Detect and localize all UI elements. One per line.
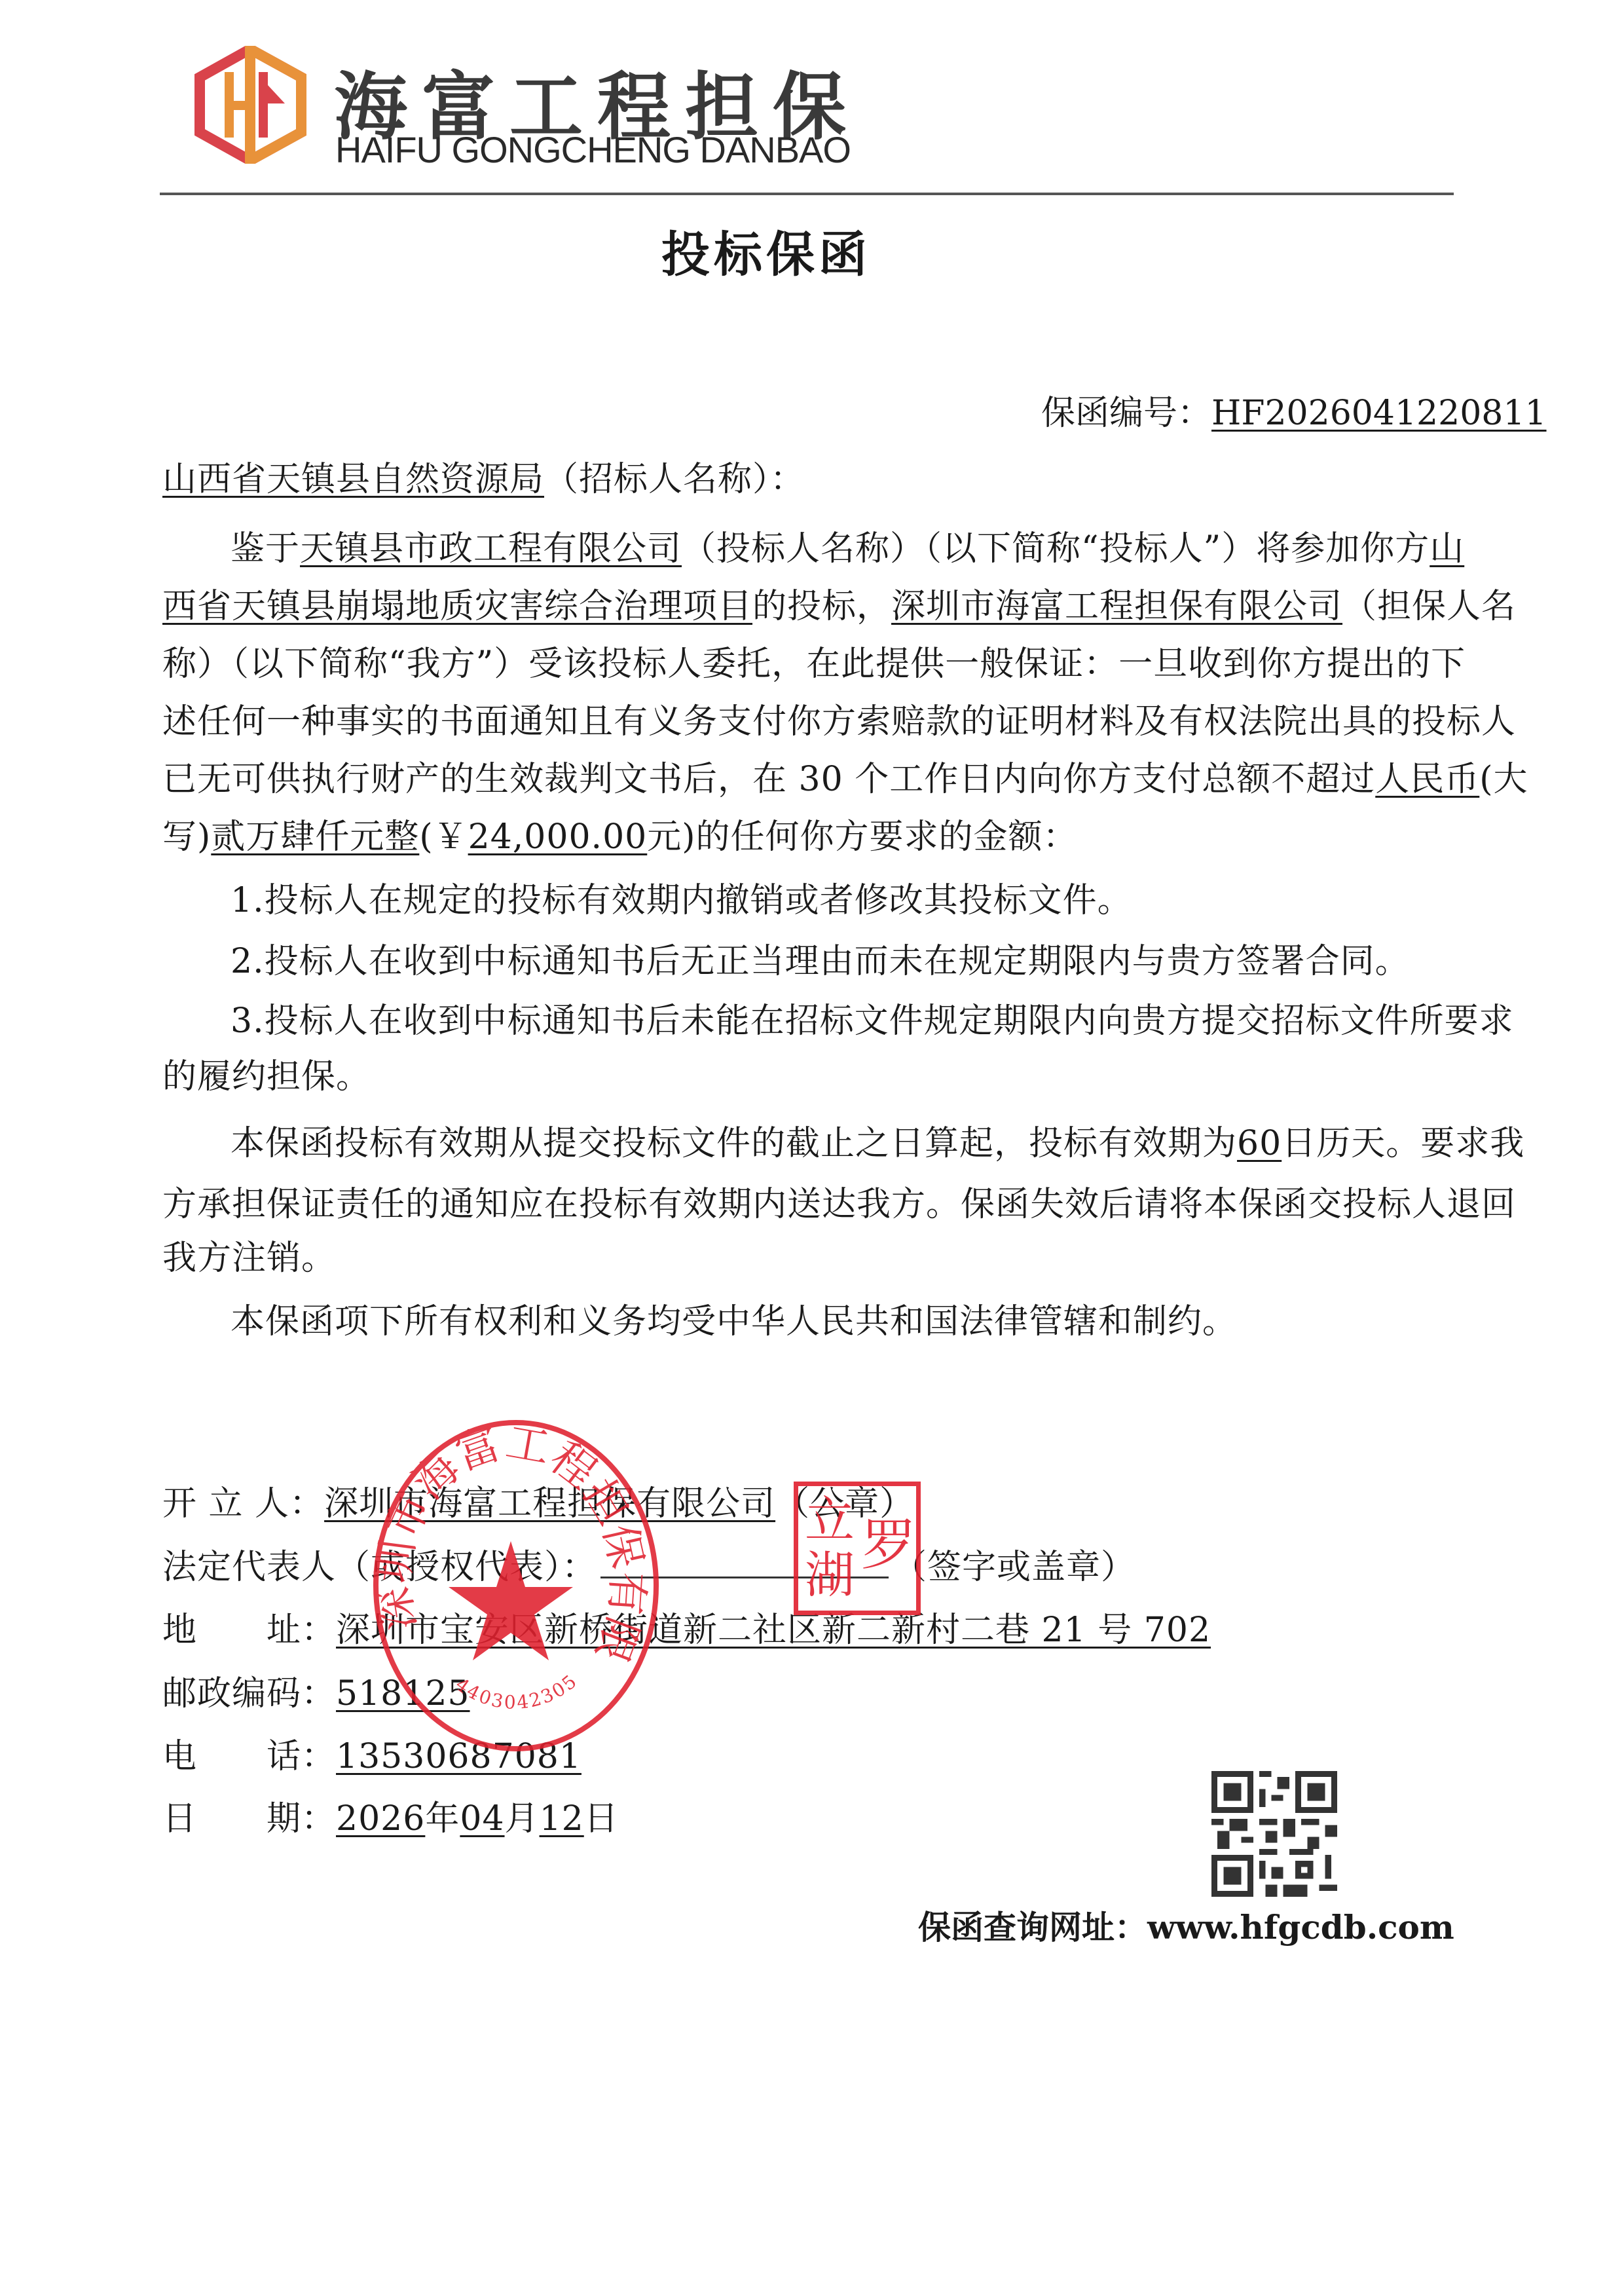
text: 元)的任何你方要求的金额：	[647, 817, 1077, 857]
text: (￥	[419, 817, 468, 857]
text: 本保函投标有效期从提交投标文件的截止之日算起，投标有效期为	[231, 1124, 1237, 1163]
qr-code-icon	[1211, 1771, 1337, 1897]
amount-in-words: 贰万肆仟元整	[211, 817, 419, 857]
text: 月	[505, 1799, 540, 1838]
text: （担保人名	[1342, 587, 1516, 626]
condition-item-3-line1: 3.投标人在收到中标通知书后未能在招标文件规定期限内向贵方提交招标文件所要求	[231, 1001, 1514, 1041]
project-name-part2: 西省天镇县崩塌地质灾害综合治理项目	[162, 587, 752, 626]
representative-suffix: （签字或盖章）	[893, 1548, 1135, 1587]
hf-logo-icon	[193, 46, 308, 164]
query-url-label: 保函查询网址：	[918, 1908, 1147, 1947]
document-title: 投标保函	[661, 216, 871, 286]
logo-english-name: HAIFU GONGCHENG DANBAO	[335, 128, 851, 171]
seal-char-luo: 罗	[861, 1499, 916, 1591]
condition-item-2: 2.投标人在收到中标通知书后无正当理由而未在规定期限内与贵方签署合同。	[231, 942, 1410, 981]
text: 的投标，	[752, 587, 891, 626]
para1-line3: 称）（以下简称“我方”）受该投标人委托，在此提供一般保证：一旦收到你方提出的下	[162, 644, 1466, 684]
para3: 本保函项下所有权利和义务均受中华人民共和国法律管辖和制约。	[231, 1302, 1237, 1341]
para1-line5: 已无可供执行财产的生效裁判文书后，在 30 个工作日内向你方支付总额不超过人民币…	[162, 760, 1528, 799]
para1-line6: 写)贰万肆仟元整(￥24,000.00元)的任何你方要求的金额：	[162, 817, 1078, 857]
qr-code[interactable]	[1211, 1771, 1337, 1897]
text: 年	[425, 1799, 460, 1838]
date-month: 04	[460, 1799, 504, 1838]
currency: 人民币	[1375, 760, 1479, 799]
text: 日	[584, 1799, 619, 1838]
query-url-link[interactable]: www.hfgcdb.com	[1147, 1908, 1454, 1947]
para2-line3: 我方注销。	[162, 1239, 336, 1278]
date-row: 日 期：2026年04月12日	[162, 1799, 619, 1838]
date-label: 日 期：	[162, 1799, 336, 1838]
para1-line2: 西省天镇县崩塌地质灾害综合治理项目的投标，深圳市海富工程担保有限公司（担保人名	[162, 587, 1516, 626]
date-year: 2026	[336, 1799, 425, 1838]
amount-figure: 24,000.00	[468, 817, 648, 857]
representative-seal: 罗 立 湖	[794, 1482, 921, 1615]
address-label: 地 址：	[162, 1611, 336, 1650]
postcode-label: 邮政编码：	[162, 1674, 336, 1713]
addressee-suffix: （招标人名称）：	[544, 460, 805, 499]
para2-line1: 本保函投标有效期从提交投标文件的截止之日算起，投标有效期为60日历天。要求我	[231, 1124, 1524, 1163]
guarantee-number: 保函编号：HF2026041220811	[1041, 385, 1547, 434]
para1-line1: 鉴于天镇县市政工程有限公司（投标人名称）（以下简称“投标人”）将参加你方山	[231, 529, 1464, 569]
seal-char-hu: 湖	[805, 1549, 855, 1601]
text: 写)	[162, 817, 211, 857]
seal-char-li: 立	[805, 1494, 855, 1546]
para1-line4: 述任何一种事实的书面通知且有义务支付你方索赔款的证明材料及有权法院出具的投标人	[162, 702, 1516, 741]
query-url-row: 保函查询网址：www.hfgcdb.com	[918, 1901, 1454, 1949]
text: 日历天。要求我	[1282, 1124, 1524, 1163]
addressee: 山西省天镇县自然资源局（招标人名称）：	[162, 460, 805, 499]
address-row: 地 址：深圳市宝安区新桥街道新二社区新二新村二巷 21 号 702	[162, 1611, 1211, 1650]
issuer-label: 开 立 人：	[162, 1484, 324, 1523]
company-logo	[193, 46, 308, 164]
guarantee-number-label: 保函编号：	[1041, 394, 1211, 433]
guarantor-name: 深圳市海富工程担保有限公司	[891, 587, 1342, 626]
text: (大	[1479, 760, 1528, 799]
condition-item-1: 1.投标人在规定的投标有效期内撤销或者修改其投标文件。	[231, 881, 1132, 920]
text: 鉴于	[231, 529, 300, 569]
para2-line2: 方承担保证责任的通知应在投标有效期内送达我方。保函失效后请将本保函交投标人退回	[162, 1185, 1516, 1224]
text: 已无可供执行财产的生效裁判文书后，在 30 个工作日内向你方支付总额不超过	[162, 760, 1375, 799]
addressee-name: 山西省天镇县自然资源局	[162, 460, 544, 499]
text: （投标人名称）（以下简称“投标人”）将参加你方	[682, 529, 1430, 569]
condition-item-3-line2: 的履约担保。	[162, 1057, 371, 1096]
company-seal: 深圳市海富工程担保有限公司 4403042305863	[373, 1420, 659, 1751]
header-divider	[160, 193, 1454, 195]
date-day: 12	[540, 1799, 584, 1838]
guarantee-number-value: HF2026041220811	[1211, 394, 1547, 433]
bidder-name: 天镇县市政工程有限公司	[300, 529, 682, 569]
project-name-part1: 山	[1430, 529, 1464, 569]
seal-icon: 深圳市海富工程担保有限公司 4403042305863	[373, 1420, 648, 1741]
validity-days: 60	[1237, 1124, 1282, 1163]
phone-label: 电 话：	[162, 1737, 336, 1776]
